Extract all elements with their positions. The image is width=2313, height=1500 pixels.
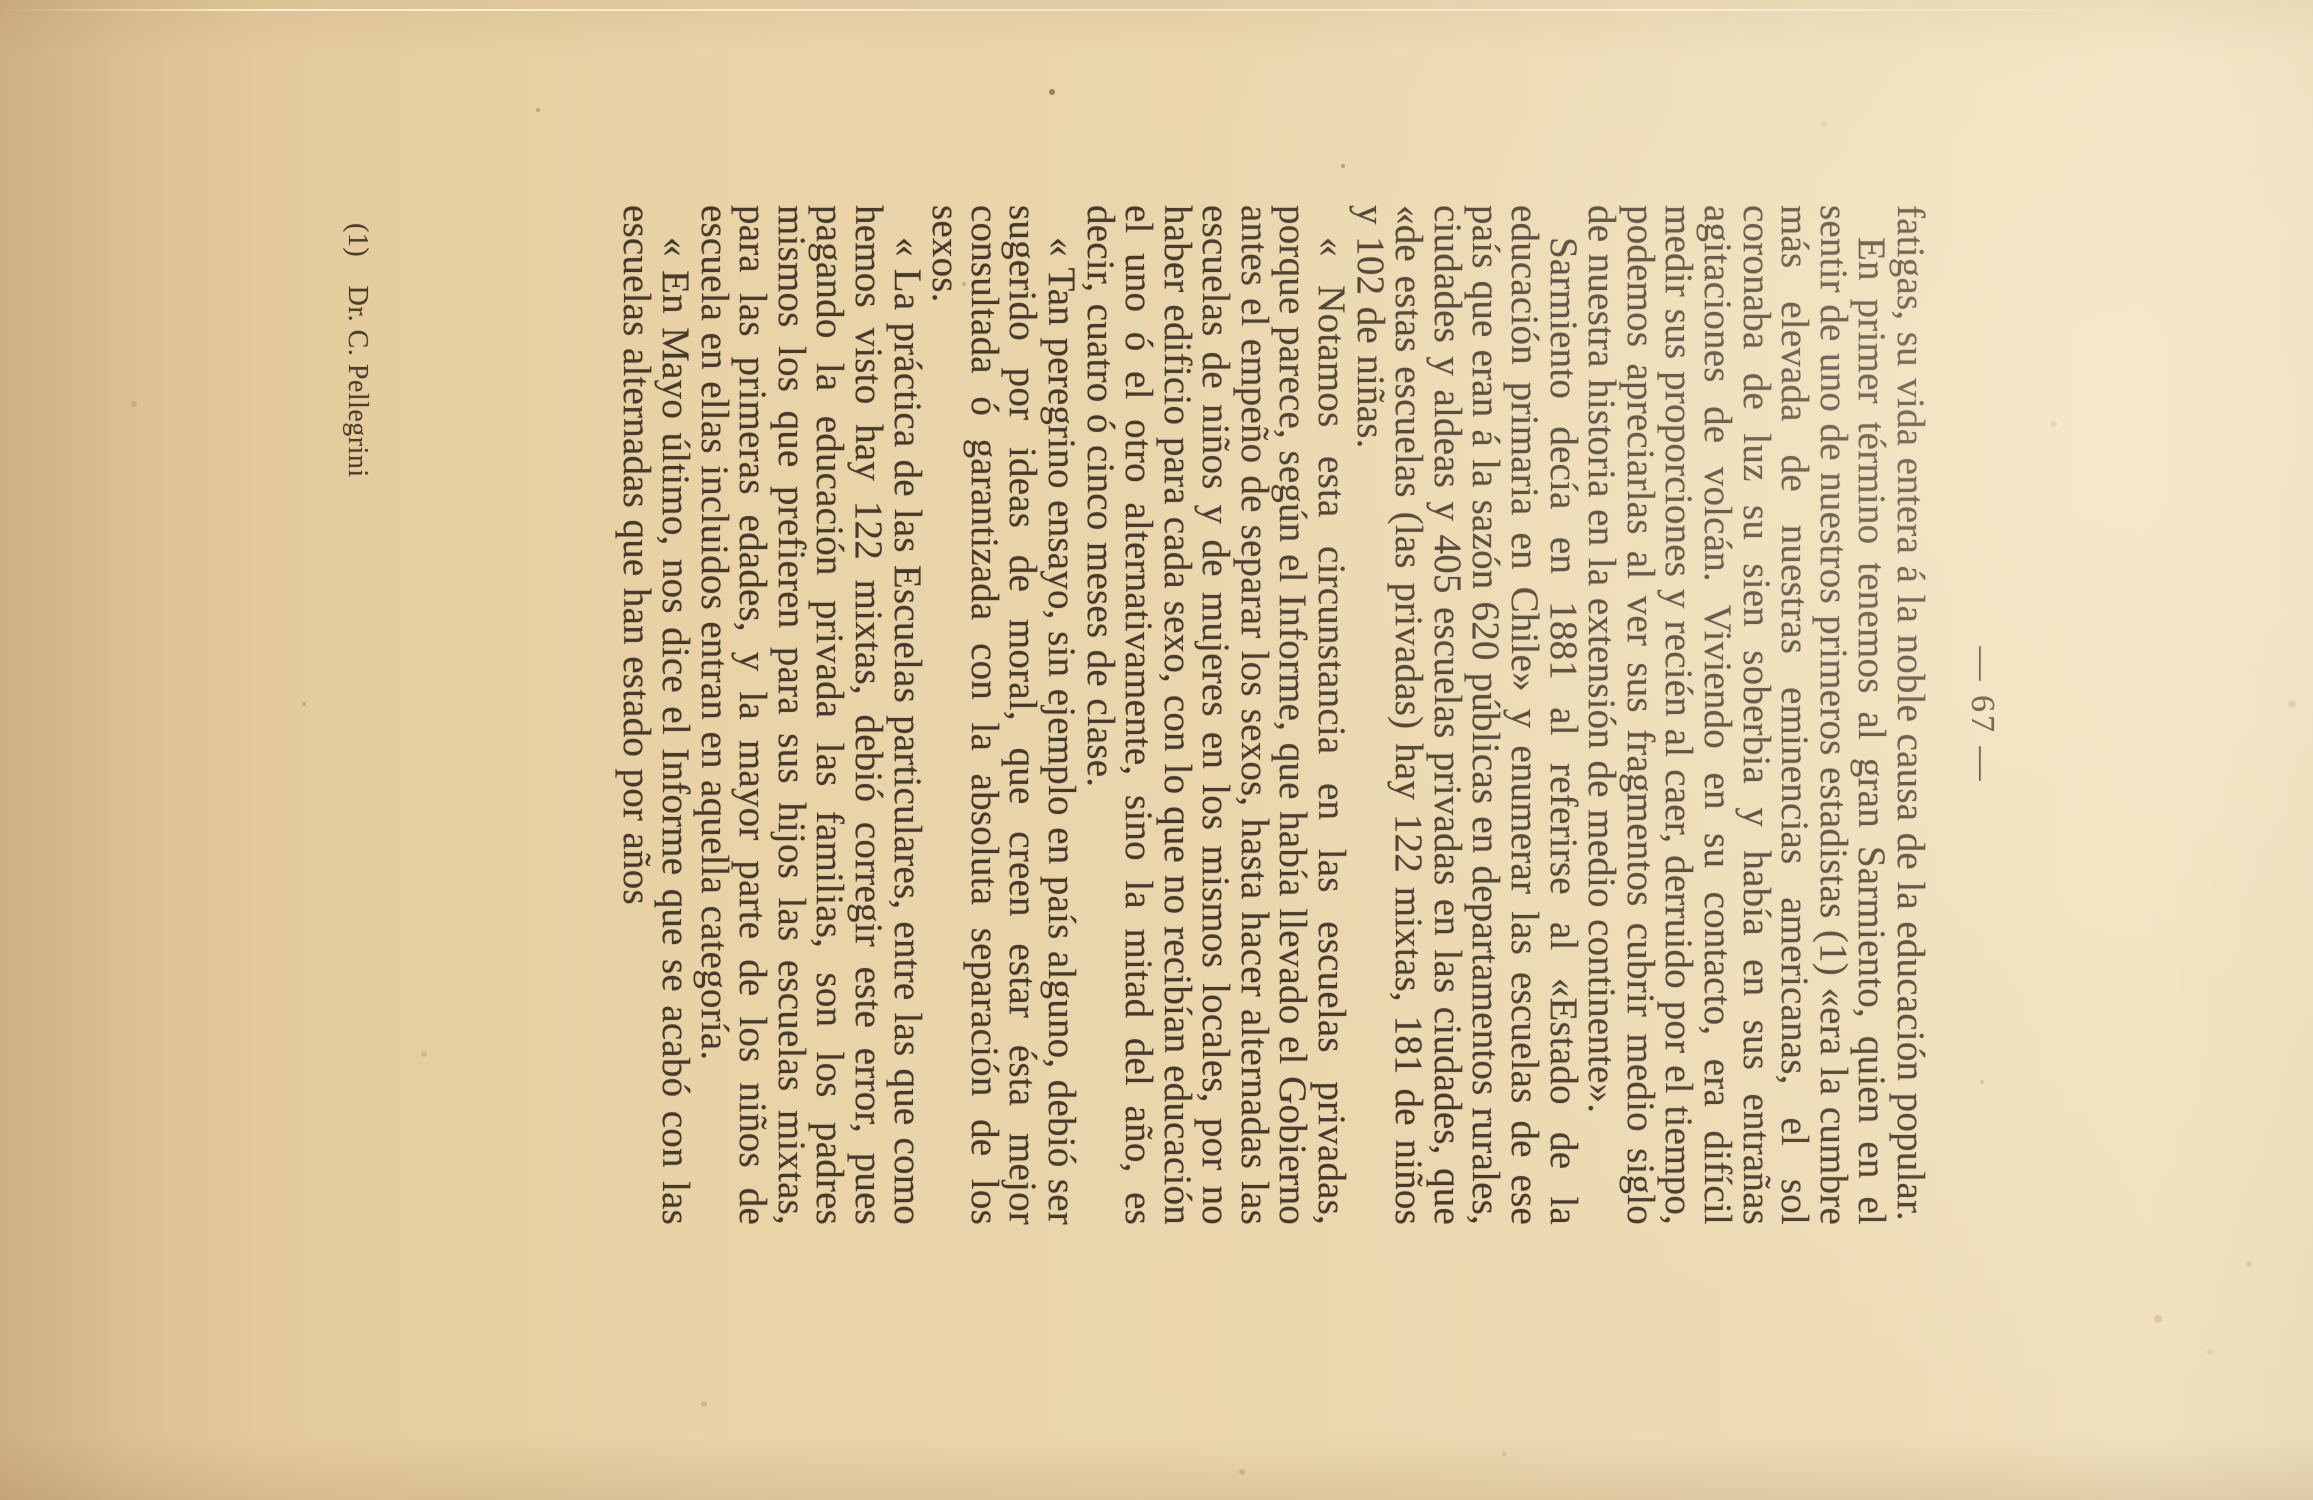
paragraph: Sarmiento decía en 1881 al referirse al … (1350, 205, 1582, 1225)
paragraph: En primer término tenemos al gran Sarmie… (1582, 205, 1891, 1225)
paragraph: « Notamos esta circunstancia en las escu… (1080, 205, 1350, 1225)
page-body: fatigas, su vida entera á la noble causa… (617, 205, 1929, 1225)
book-page: — 67 — fatigas, su vida entera á la nobl… (0, 0, 2313, 1500)
paragraph: « En Mayo último, nos dice el Informe qu… (617, 205, 694, 1225)
footnote: (1) Dr. C. Pellegrini (341, 223, 373, 478)
paragraph: « La práctica de las Escuelas particular… (694, 205, 926, 1225)
paragraph-continuation: fatigas, su vida entera á la noble causa… (1890, 205, 1929, 1225)
scanned-book-page-rotated: — 67 — fatigas, su vida entera á la nobl… (0, 0, 2313, 1500)
page-number: — 67 — (1963, 205, 2001, 1225)
paragraph: « Tan peregrino ensayo, sin ejemplo en p… (926, 205, 1080, 1225)
